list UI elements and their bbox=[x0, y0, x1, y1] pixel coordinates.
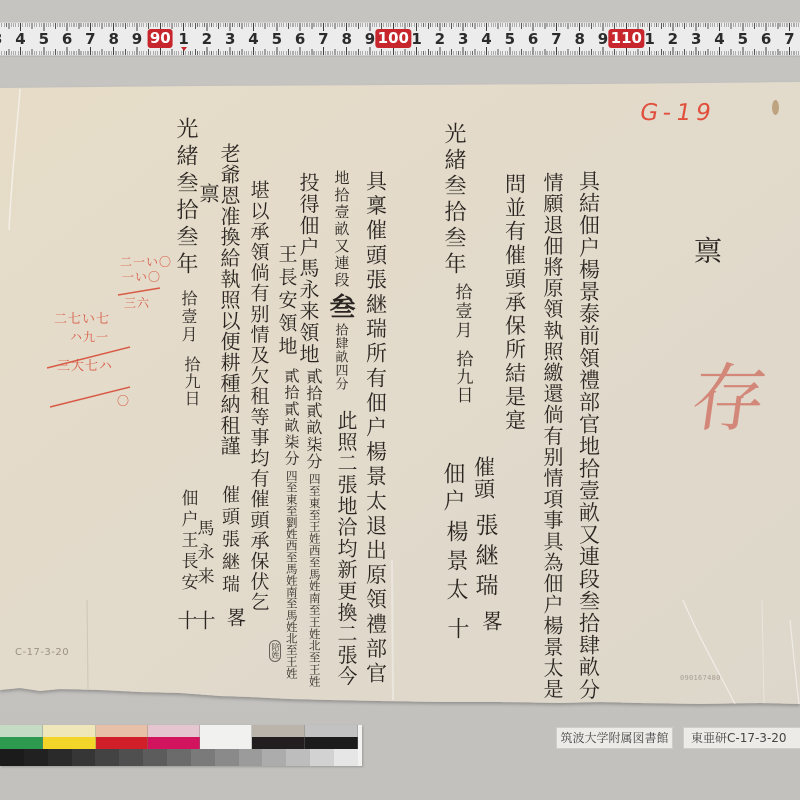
chart-swatch-yellow-tint bbox=[43, 725, 96, 737]
chart-gray-step bbox=[143, 749, 167, 766]
chart-gray-step bbox=[334, 749, 358, 766]
bond-date-month: 拾壹月 bbox=[453, 283, 470, 340]
red-calc-line: 一い〇 bbox=[122, 271, 161, 283]
chart-gray-step bbox=[0, 749, 24, 766]
bond-date-year: 光緒叁拾叁年 bbox=[442, 122, 464, 278]
petition-line-3b: 貳拾貳畝柒分 bbox=[305, 368, 321, 470]
chart-gray-step bbox=[239, 749, 263, 766]
chart-swatch-green-tint bbox=[0, 725, 43, 737]
petition-date-day: 拾九日 bbox=[183, 356, 199, 407]
petition-guarantor: 催頭張継瑞 bbox=[220, 485, 238, 597]
petition-line-2a: 地拾壹畝又連段 bbox=[334, 170, 349, 289]
chart-swatch-light-gray bbox=[305, 725, 358, 737]
barcode-number-stamp: 090167480 bbox=[680, 674, 721, 682]
red-keep-mark: 存 bbox=[687, 362, 771, 436]
chart-swatch-black bbox=[305, 737, 358, 749]
chart-swatch-magenta-tint bbox=[148, 725, 200, 737]
chart-swatch-green bbox=[0, 737, 43, 749]
petition-line-2c: 拾肆畝四分 bbox=[334, 323, 347, 391]
bond-line-1: 具結佃户楊景泰前領禮部官地拾壹畝又連段叁拾肆畝分 bbox=[578, 170, 599, 700]
red-calc-line: 二七い七 bbox=[54, 313, 110, 326]
petition-date-year: 光緒叁拾叁年 bbox=[174, 117, 196, 279]
red-calc-line: 三大七ハ bbox=[57, 360, 113, 373]
chart-solid-row bbox=[0, 737, 358, 749]
chart-gray-step bbox=[215, 749, 239, 766]
petition-date-month: 拾壹月 bbox=[180, 290, 196, 344]
bond-date-day: 拾九日 bbox=[454, 350, 471, 404]
petition-line-4c: 四至東至劉姓西至馬姓南至馬姓北至王姓 bbox=[285, 470, 297, 679]
bond-tenant-role: 佃户 bbox=[441, 462, 463, 516]
petition-line-5: 堪以承領倘有别情及欠租等事均有催頭承保伏乞 bbox=[249, 180, 268, 613]
red-calc-line: 〇 bbox=[117, 395, 130, 407]
petition-line-2d: 此照二張地洽均新更換二張今 bbox=[336, 410, 356, 687]
chart-gray-step bbox=[191, 749, 215, 766]
chart-swatch-red-tint bbox=[96, 725, 148, 737]
petition-tenant-2-mark: 十 bbox=[194, 610, 214, 630]
paper-crease bbox=[392, 560, 393, 700]
chart-gray-step bbox=[72, 749, 96, 766]
red-calc-line: 二一い〇 bbox=[120, 256, 172, 268]
petition-line-3c: 四至東至王姓西至馬姓南至王姓北至王姓 bbox=[308, 473, 320, 687]
scan-viewport: 3 4 5 6 7 8 9 90 1 2 3 4 5 6 7 8 9 100 1… bbox=[0, 0, 800, 800]
petition-guarantor-mark: 畧 bbox=[225, 607, 245, 627]
paper-stain bbox=[772, 100, 779, 115]
chart-swatch-warm-gray bbox=[252, 725, 305, 737]
bond-line-3: 問並有催頭承保所結是寔 bbox=[504, 173, 525, 433]
library-name-label: 筑波大学附属図書館 bbox=[556, 727, 673, 749]
petition-address-mark: 禀 bbox=[198, 183, 218, 203]
chart-swatch-white bbox=[200, 737, 252, 749]
petition-marginal-note: 陪姓 bbox=[269, 640, 281, 662]
bond-tenant-name: 楊景太 bbox=[444, 520, 466, 607]
petition-line-3a: 投得佃户馬永来領地 bbox=[298, 172, 318, 365]
red-archive-code: G-19 bbox=[638, 102, 717, 125]
chart-gray-step bbox=[310, 749, 334, 766]
address-mark: 禀 bbox=[692, 236, 720, 264]
red-calc-line: 三六 bbox=[124, 297, 150, 309]
chart-gray-step bbox=[286, 749, 310, 766]
pencil-call-number: C-17-3-20 bbox=[15, 647, 69, 658]
chart-swatch-red bbox=[96, 737, 148, 749]
chart-swatch-black bbox=[252, 737, 305, 749]
bond-guarantor-mark: 畧 bbox=[481, 610, 502, 631]
petition-line-6: 老爺恩准換給執照以便耕種納租謹 bbox=[219, 143, 239, 457]
color-calibration-chart bbox=[0, 725, 362, 766]
petition-line-4a: 王長安領地 bbox=[277, 244, 296, 359]
chart-grayscale-row bbox=[0, 749, 358, 766]
call-number-label: 東亜研C-17-3-20 ［具結 bbox=[683, 727, 800, 749]
chart-swatch-yellow bbox=[43, 737, 96, 749]
chart-gray-step bbox=[167, 749, 191, 766]
petition-line-4b: 貳拾貳畝柒分 bbox=[284, 368, 299, 467]
chart-gray-step bbox=[119, 749, 143, 766]
bond-line-2: 情願退佃將原領執照繳還倘有别情項事具為佃户楊景太是 bbox=[542, 172, 562, 700]
chart-gray-step bbox=[95, 749, 119, 766]
bond-guarantor-name: 張継瑞 bbox=[473, 513, 496, 603]
petition-tenant-2: 馬永来 bbox=[195, 519, 212, 591]
bond-tenant-mark: 十 bbox=[445, 617, 467, 639]
chart-tint-row bbox=[0, 725, 358, 737]
petition-line-2b: 叁 bbox=[327, 293, 353, 319]
red-calc-line: ハ九一 bbox=[70, 331, 109, 343]
bond-guarantor-role: 催頭 bbox=[473, 456, 494, 500]
petition-line-1: 具稟催頭張継瑞所有佃户楊景太退出原領禮部官 bbox=[365, 170, 386, 687]
petition-tenant-1: 佃户王長安 bbox=[179, 489, 196, 594]
chart-gray-step bbox=[48, 749, 72, 766]
chart-gray-step bbox=[262, 749, 286, 766]
chart-gray-step bbox=[24, 749, 48, 766]
chart-swatch-magenta bbox=[148, 737, 200, 749]
chart-swatch-white bbox=[200, 725, 252, 737]
paper-sheet bbox=[0, 82, 800, 704]
